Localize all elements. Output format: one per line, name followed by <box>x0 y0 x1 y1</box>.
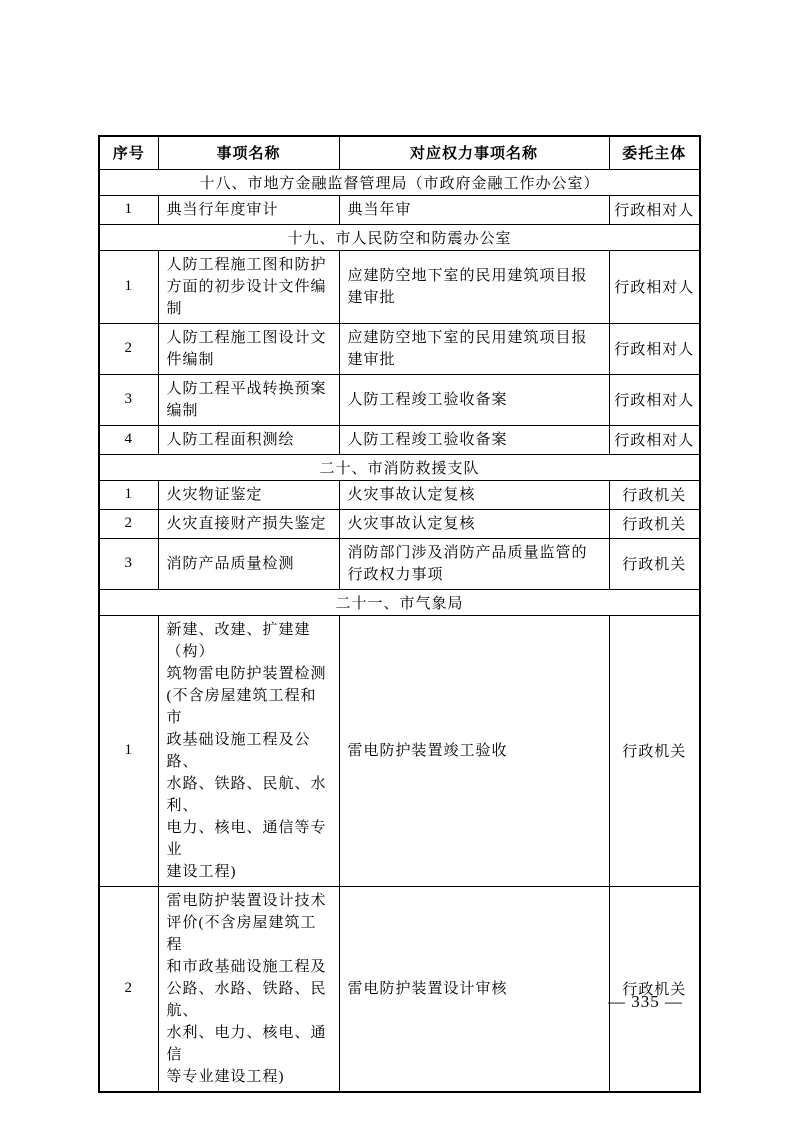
table-row: 3消防产品质量检测消防部门涉及消防产品质量监管的 行政权力事项行政机关 <box>99 538 700 589</box>
table-row: 2雷电防护装置设计技术 评价(不含房屋建筑工程 和市政基础设施工程及 公路、水路… <box>99 886 700 1092</box>
subject-cell: 行政机关 <box>609 480 700 509</box>
row-number-cell: 1 <box>99 250 158 323</box>
subject-cell: 行政相对人 <box>609 250 700 323</box>
table-row: 1人防工程施工图和防护 方面的初步设计文件编 制应建防空地下室的民用建筑项目报 … <box>99 250 700 323</box>
table-row: 2火灾直接财产损失鉴定火灾事故认定复核行政机关 <box>99 509 700 538</box>
section-title: 二十、市消防救援支队 <box>99 454 700 480</box>
item-name-cell: 人防工程平战转换预案 编制 <box>158 374 339 425</box>
table-row: 1新建、改建、扩建建（构） 筑物雷电防护装置检测 (不含房屋建筑工程和市 政基础… <box>99 615 700 886</box>
item-name-cell: 火灾直接财产损失鉴定 <box>158 509 339 538</box>
subject-cell: 行政机关 <box>609 615 700 886</box>
item-name-cell: 典当行年度审计 <box>158 195 339 224</box>
header-cell-index: 序号 <box>99 136 158 169</box>
power-item-cell: 典当年审 <box>339 195 609 224</box>
section-title-row: 十八、市地方金融监督管理局（市政府金融工作办公室） <box>99 169 700 195</box>
row-number-cell: 3 <box>99 374 158 425</box>
row-number-cell: 2 <box>99 323 158 374</box>
subject-cell: 行政相对人 <box>609 374 700 425</box>
table-row: 3人防工程平战转换预案 编制人防工程竣工验收备案行政相对人 <box>99 374 700 425</box>
table-row: 2人防工程施工图设计文 件编制应建防空地下室的民用建筑项目报 建审批行政相对人 <box>99 323 700 374</box>
row-number-cell: 2 <box>99 886 158 1092</box>
power-item-cell: 雷电防护装置设计审核 <box>339 886 609 1092</box>
subject-cell: 行政机关 <box>609 538 700 589</box>
item-name-cell: 新建、改建、扩建建（构） 筑物雷电防护装置检测 (不含房屋建筑工程和市 政基础设… <box>158 615 339 886</box>
section-title-row: 二十、市消防救援支队 <box>99 454 700 480</box>
delegation-table: 序号 事项名称 对应权力事项名称 委托主体 十八、市地方金融监督管理局（市政府金… <box>98 135 701 1093</box>
section-title-row: 十九、市人民防空和防震办公室 <box>99 224 700 250</box>
header-cell-subject: 委托主体 <box>609 136 700 169</box>
row-number-cell: 1 <box>99 615 158 886</box>
power-item-cell: 火灾事故认定复核 <box>339 509 609 538</box>
power-item-cell: 火灾事故认定复核 <box>339 480 609 509</box>
subject-cell: 行政相对人 <box>609 425 700 454</box>
power-item-cell: 雷电防护装置竣工验收 <box>339 615 609 886</box>
section-title: 二十一、市气象局 <box>99 589 700 615</box>
document-page: 序号 事项名称 对应权力事项名称 委托主体 十八、市地方金融监督管理局（市政府金… <box>0 0 793 1122</box>
page-number: — 335 — <box>608 992 683 1012</box>
row-number-cell: 3 <box>99 538 158 589</box>
power-item-cell: 消防部门涉及消防产品质量监管的 行政权力事项 <box>339 538 609 589</box>
subject-cell: 行政相对人 <box>609 195 700 224</box>
row-number-cell: 4 <box>99 425 158 454</box>
header-cell-item-name: 事项名称 <box>158 136 339 169</box>
item-name-cell: 人防工程施工图和防护 方面的初步设计文件编 制 <box>158 250 339 323</box>
item-name-cell: 人防工程施工图设计文 件编制 <box>158 323 339 374</box>
row-number-cell: 1 <box>99 480 158 509</box>
table-body: 十八、市地方金融监督管理局（市政府金融工作办公室）1典当行年度审计典当年审行政相… <box>99 169 700 1092</box>
table-row: 4人防工程面积测绘人防工程竣工验收备案行政相对人 <box>99 425 700 454</box>
subject-cell: 行政相对人 <box>609 323 700 374</box>
row-number-cell: 2 <box>99 509 158 538</box>
table-row: 1火灾物证鉴定火灾事故认定复核行政机关 <box>99 480 700 509</box>
power-item-cell: 人防工程竣工验收备案 <box>339 425 609 454</box>
item-name-cell: 人防工程面积测绘 <box>158 425 339 454</box>
item-name-cell: 消防产品质量检测 <box>158 538 339 589</box>
section-title: 十九、市人民防空和防震办公室 <box>99 224 700 250</box>
item-name-cell: 火灾物证鉴定 <box>158 480 339 509</box>
subject-cell: 行政机关 <box>609 886 700 1092</box>
power-item-cell: 应建防空地下室的民用建筑项目报 建审批 <box>339 250 609 323</box>
power-item-cell: 人防工程竣工验收备案 <box>339 374 609 425</box>
item-name-cell: 雷电防护装置设计技术 评价(不含房屋建筑工程 和市政基础设施工程及 公路、水路、… <box>158 886 339 1092</box>
table-row: 1典当行年度审计典当年审行政相对人 <box>99 195 700 224</box>
section-title-row: 二十一、市气象局 <box>99 589 700 615</box>
power-item-cell: 应建防空地下室的民用建筑项目报 建审批 <box>339 323 609 374</box>
header-cell-power-item-name: 对应权力事项名称 <box>339 136 609 169</box>
table-header-row: 序号 事项名称 对应权力事项名称 委托主体 <box>99 136 700 169</box>
section-title: 十八、市地方金融监督管理局（市政府金融工作办公室） <box>99 169 700 195</box>
row-number-cell: 1 <box>99 195 158 224</box>
subject-cell: 行政机关 <box>609 509 700 538</box>
